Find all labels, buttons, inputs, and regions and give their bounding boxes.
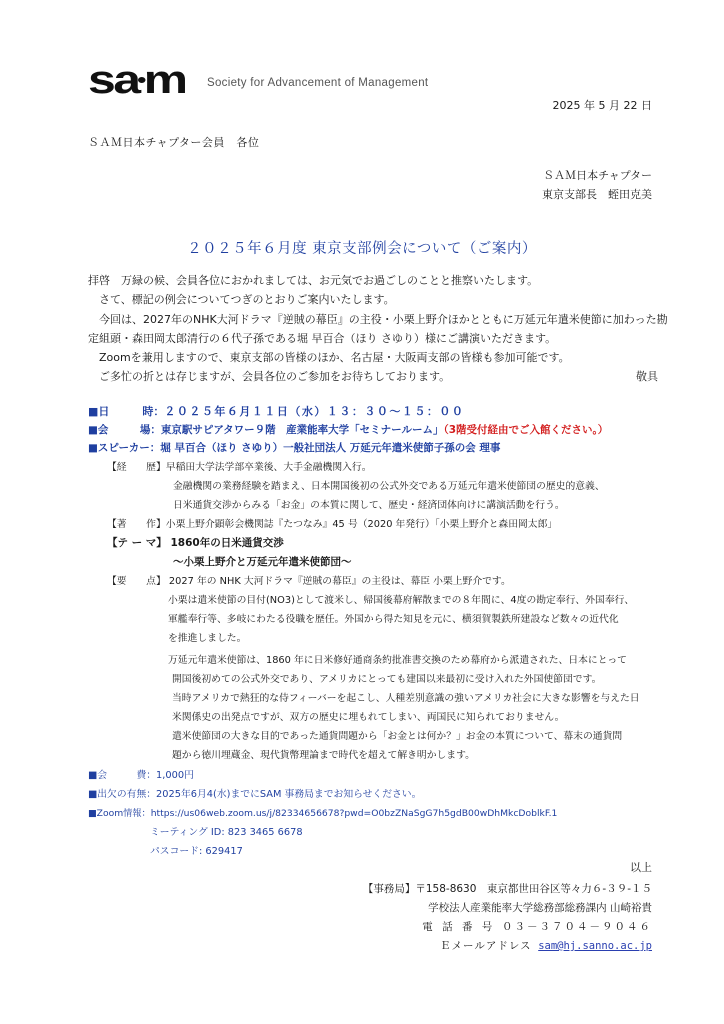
ending-mark: 以上 — [630, 860, 652, 876]
rsvp-label: ■出欠の有無： — [88, 789, 156, 800]
summary-line-4: を推進しました。 — [168, 629, 246, 648]
office-email-row: Ｅメールアドレス sam@hj.sanno.ac.jp — [363, 937, 652, 956]
works-row: 【著 作】小栗上野介顕彰会機関誌『たつなみ』45 号（2020 年発行）「小栗上… — [107, 515, 557, 534]
summary-line-6: 開国後初めての公式外交であり、アメリカにとっても建国以来最初に受け入れた外国使節… — [172, 670, 601, 689]
zoom-url-link[interactable]: https://us06web.zoom.us/j/82334656678?pw… — [151, 808, 558, 819]
phone-label: 電 話 番 号 — [422, 921, 495, 933]
summary-line-10: 題から徳川埋蔵金、現代貨幣理論まで時代を超えて解き明かします。 — [172, 746, 475, 765]
meeting-id: ミーティング ID: 823 3465 6678 — [150, 823, 303, 842]
zoom-row: ■Zoom情報：https://us06web.zoom.us/j/823346… — [88, 804, 557, 823]
office-contact: 【事務局】〒158-8630 東京都世田谷区等々力６-３９-１５ 学校法人産業能… — [363, 880, 652, 956]
career-line-3: 日米通貨交渉からみる「お金」の本質に関して、歴史・経済団体向けに講演活動を行う。 — [173, 496, 565, 515]
summary-line-5: 万延元年遣米使節は、1860 年に日米修好通商条約批准書交換のため幕府から派遣さ… — [168, 651, 627, 670]
greeting-line-4: Zoomを兼用しますので、東京支部の皆様のほか、名古屋・大阪両支部の皆様も参加可… — [88, 348, 668, 367]
fee-value: 1,000円 — [156, 770, 194, 781]
sam-logo: sam — [88, 60, 186, 100]
page-title: ２０２５年６月度 東京支部例会について（ご案内） — [0, 237, 724, 258]
event-date-row: ■日 時：２０２５年６月１１日（水）１３：３０～１５：００ — [88, 403, 464, 421]
rsvp-row: ■出欠の有無：2025年6月4(水)までにSAM 事務局までお知らせください。 — [88, 785, 421, 804]
phone-number: ０３－３７０４－９０４６ — [502, 921, 652, 933]
works-label: 【著 作】 — [107, 519, 166, 530]
office-department: 学校法人産業能率大学総務部総務課内 山崎裕貴 — [363, 899, 652, 918]
theme-subtitle: ～小栗上野介と万延元年遣米使節団～ — [173, 553, 352, 572]
office-address: 〒158-8630 東京都世田谷区等々力６-３９-１５ — [415, 883, 652, 895]
rsvp-value: 2025年6月4(水)までにSAM 事務局までお知らせください。 — [156, 789, 421, 800]
theme-label: 【テ ー マ】 — [107, 537, 167, 549]
document-date: 2025 年 5 月 22 日 — [553, 98, 652, 114]
closing-keigu: 敬具 — [625, 367, 658, 386]
greeting-body: 拝啓 万緑の候、会員各位におかれましては、お元気でお過ごしのことと推察いたします… — [88, 271, 668, 387]
summary-label: 【要 点】 — [107, 576, 166, 587]
speaker-label: ■スピーカー： — [88, 442, 160, 454]
venue-label: ■会 場： — [88, 424, 161, 436]
venue-note: （3階受付経由でご入館ください。） — [443, 424, 608, 436]
date-label: ■日 時： — [88, 405, 164, 418]
event-speaker-row: ■スピーカー：堀 早百合（ほり さゆり）一般社団法人 万延元年遣米使節子孫の会 … — [88, 439, 500, 457]
sender-organization: ＳＡＭ日本チャプター — [543, 168, 652, 184]
summary-line-2: 小栗は遣米使節の目付(NO3)として渡米し、帰国後幕府解散までの８年間に、4度の… — [168, 591, 634, 610]
office-phone-row: 電 話 番 号 ０３－３７０４－９０４６ — [363, 918, 652, 937]
speaker-value: 堀 早百合（ほり さゆり）一般社団法人 万延元年遣米使節子孫の会 理事 — [160, 442, 500, 454]
office-label: 【事務局】 — [363, 883, 416, 895]
theme-row: 【テ ー マ】 1860年の日米通貨交渉 — [107, 534, 284, 553]
summary-row: 【要 点】 2027 年の NHK 大河ドラマ『逆賊の幕臣』の主役は、幕臣 小栗… — [107, 572, 511, 591]
office-address-row: 【事務局】〒158-8630 東京都世田谷区等々力６-３９-１５ — [363, 880, 652, 899]
greeting-line-1: 拝啓 万緑の候、会員各位におかれましては、お元気でお過ごしのことと推察いたします… — [88, 271, 668, 290]
venue-value: 東京駅サピアタワー９階 産業能率大学「セミナールーム」 — [161, 424, 444, 436]
career-line-2: 金融機関の業務経験を踏まえ、日本開国後初の公式外交である万延元年遣米使節団の歴史… — [173, 477, 605, 496]
fee-row: ■会 費：1,000円 — [88, 766, 194, 785]
greeting-line-3: 今回は、2027年のNHK大河ドラマ『逆賊の幕臣』の主役・小栗上野介ほかとともに… — [88, 310, 668, 349]
works-value: 小栗上野介顕彰会機関誌『たつなみ』45 号（2020 年発行）「小栗上野介と森田… — [166, 519, 557, 530]
career-section: 【経 歴】早稲田大学法学部卒業後、大手金融機関入行。 — [107, 458, 372, 477]
organization-name: Society for Advancement of Management — [207, 77, 428, 89]
career-line-1: 早稲田大学法学部卒業後、大手金融機関入行。 — [166, 462, 372, 473]
greeting-line-5: ご多忙の折とは存じますが、会員各位のご参加をお待ちしております。 敬具 — [88, 367, 668, 386]
addressee: ＳＡＭ日本チャプター会員 各位 — [88, 135, 259, 151]
event-venue-row: ■会 場：東京駅サピアタワー９階 産業能率大学「セミナールーム」（3階受付経由で… — [88, 421, 608, 439]
passcode: パスコード: 629417 — [150, 842, 243, 861]
zoom-label: ■Zoom情報： — [88, 808, 151, 819]
date-value: ２０２５年６月１１日（水）１３：３０～１５：００ — [164, 405, 464, 418]
email-link[interactable]: sam@hj.sanno.ac.jp — [538, 940, 652, 952]
summary-line-3: 軍艦奉行等、多岐にわたる役職を歴任。外国から得た知見を元に、横須賀製鉄所建設など… — [168, 610, 619, 629]
summary-line-7: 当時アメリカで熱狂的な侍フィーバーを起こし、人種差別意識の強いアメリカ社会に大き… — [172, 689, 640, 708]
fee-label: ■会 費： — [88, 770, 156, 781]
greeting-line-2: さて、標記の例会についてつぎのとおりご案内いたします。 — [88, 290, 668, 309]
summary-line-8: 米関係史の出発点ですが、双方の歴史に埋もれてしまい、両国民に知られておりません。 — [172, 708, 564, 727]
career-label: 【経 歴】 — [107, 462, 166, 473]
summary-line-1: 2027 年の NHK 大河ドラマ『逆賊の幕臣』の主役は、幕臣 小栗上野介です。 — [169, 576, 511, 587]
sender-name: 東京支部長 蛭田克美 — [542, 187, 652, 203]
summary-line-9: 遣米使節団の大きな目的であった通貨問題から「お金とは何か？」お金の本質について、… — [172, 727, 622, 746]
email-label: Ｅメールアドレス — [440, 940, 531, 952]
theme-title: 1860年の日米通貨交渉 — [170, 537, 283, 549]
